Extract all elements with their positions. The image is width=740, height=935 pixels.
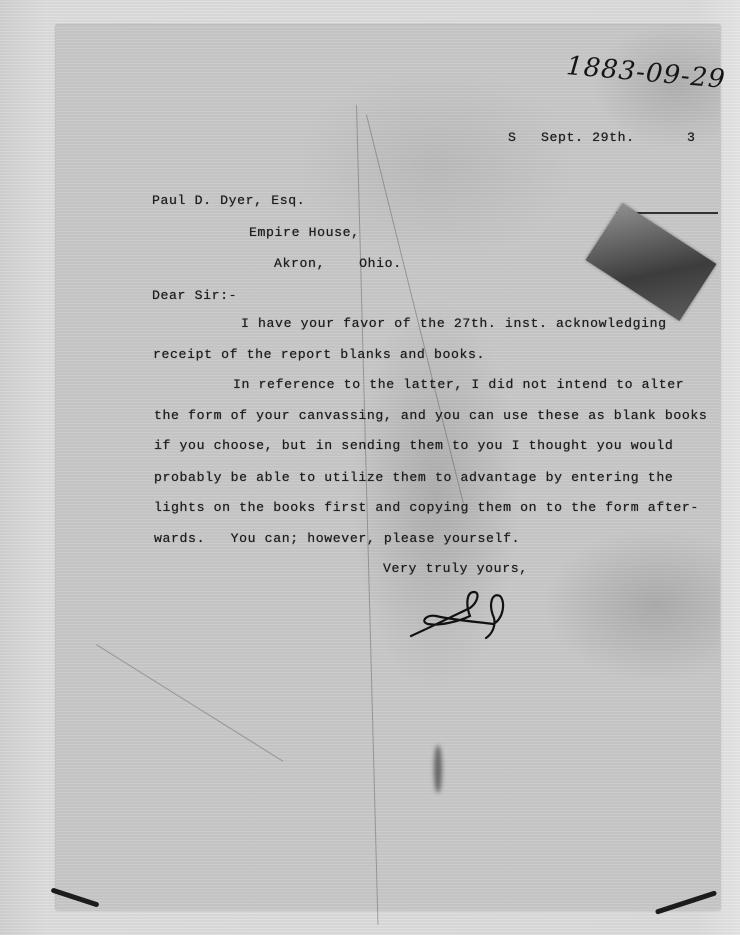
header-initial: S [508, 130, 517, 145]
body-line: In reference to the latter, I did not in… [233, 377, 684, 392]
body-line: probably be able to utilize them to adva… [154, 470, 673, 485]
closing: Very truly yours, [383, 561, 528, 576]
crease-line [96, 644, 283, 761]
body-line: if you choose, but in sending them to yo… [154, 438, 673, 453]
header-date: Sept. 29th. [541, 130, 635, 145]
body-line: lights on the books first and copying th… [154, 500, 699, 515]
handwritten-signature [408, 588, 508, 643]
page-number: 3 [687, 130, 696, 145]
recipient-address-line-2: Akron, Ohio. [274, 256, 402, 271]
ink-stain [434, 745, 442, 793]
body-line: I have your favor of the 27th. inst. ack… [241, 316, 667, 331]
recipient-address-line-1: Empire House, [249, 225, 360, 240]
body-line: receipt of the report blanks and books. [153, 347, 485, 362]
recipient-name: Paul D. Dyer, Esq. [152, 193, 305, 208]
body-line: wards. You can; however, please yourself… [154, 531, 520, 546]
body-line: the form of your canvassing, and you can… [154, 408, 707, 423]
salutation: Dear Sir:- [152, 288, 237, 303]
letter-page [56, 25, 720, 910]
corner-fold-bottom-left [50, 887, 99, 907]
